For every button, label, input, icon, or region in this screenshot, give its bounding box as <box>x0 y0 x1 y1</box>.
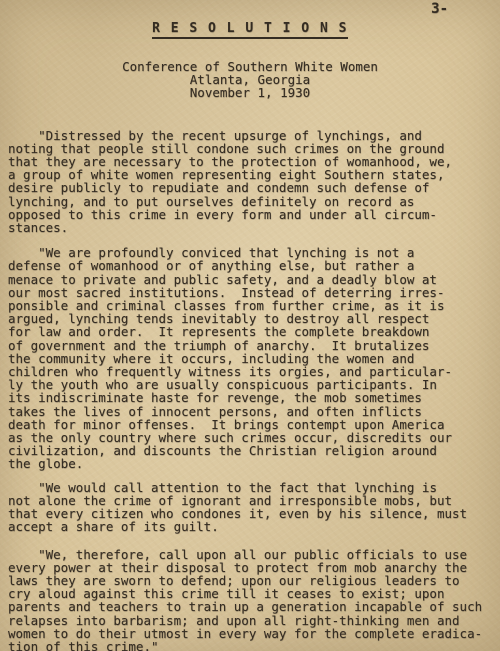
document-page: 3- R E S O L U T I O N S Conference of S… <box>0 0 500 651</box>
paragraph-1: "Distressed by the recent upsurge of lyn… <box>8 129 494 235</box>
paragraph-3: "We would call attention to the fact tha… <box>8 481 494 534</box>
document-subtitle: Conference of Southern White Women Atlan… <box>0 60 500 100</box>
title-container: R E S O L U T I O N S <box>0 0 500 39</box>
document-title: R E S O L U T I O N S <box>152 21 348 39</box>
paragraph-2: "We are profoundly conviced that lynchin… <box>8 246 494 470</box>
page-number: 3- <box>431 1 448 17</box>
subtitle-date: November 1, 1930 <box>0 86 500 99</box>
paragraph-4: "We, therefore, call upon all our public… <box>8 548 494 651</box>
document-body: "Distressed by the recent upsurge of lyn… <box>8 129 494 651</box>
